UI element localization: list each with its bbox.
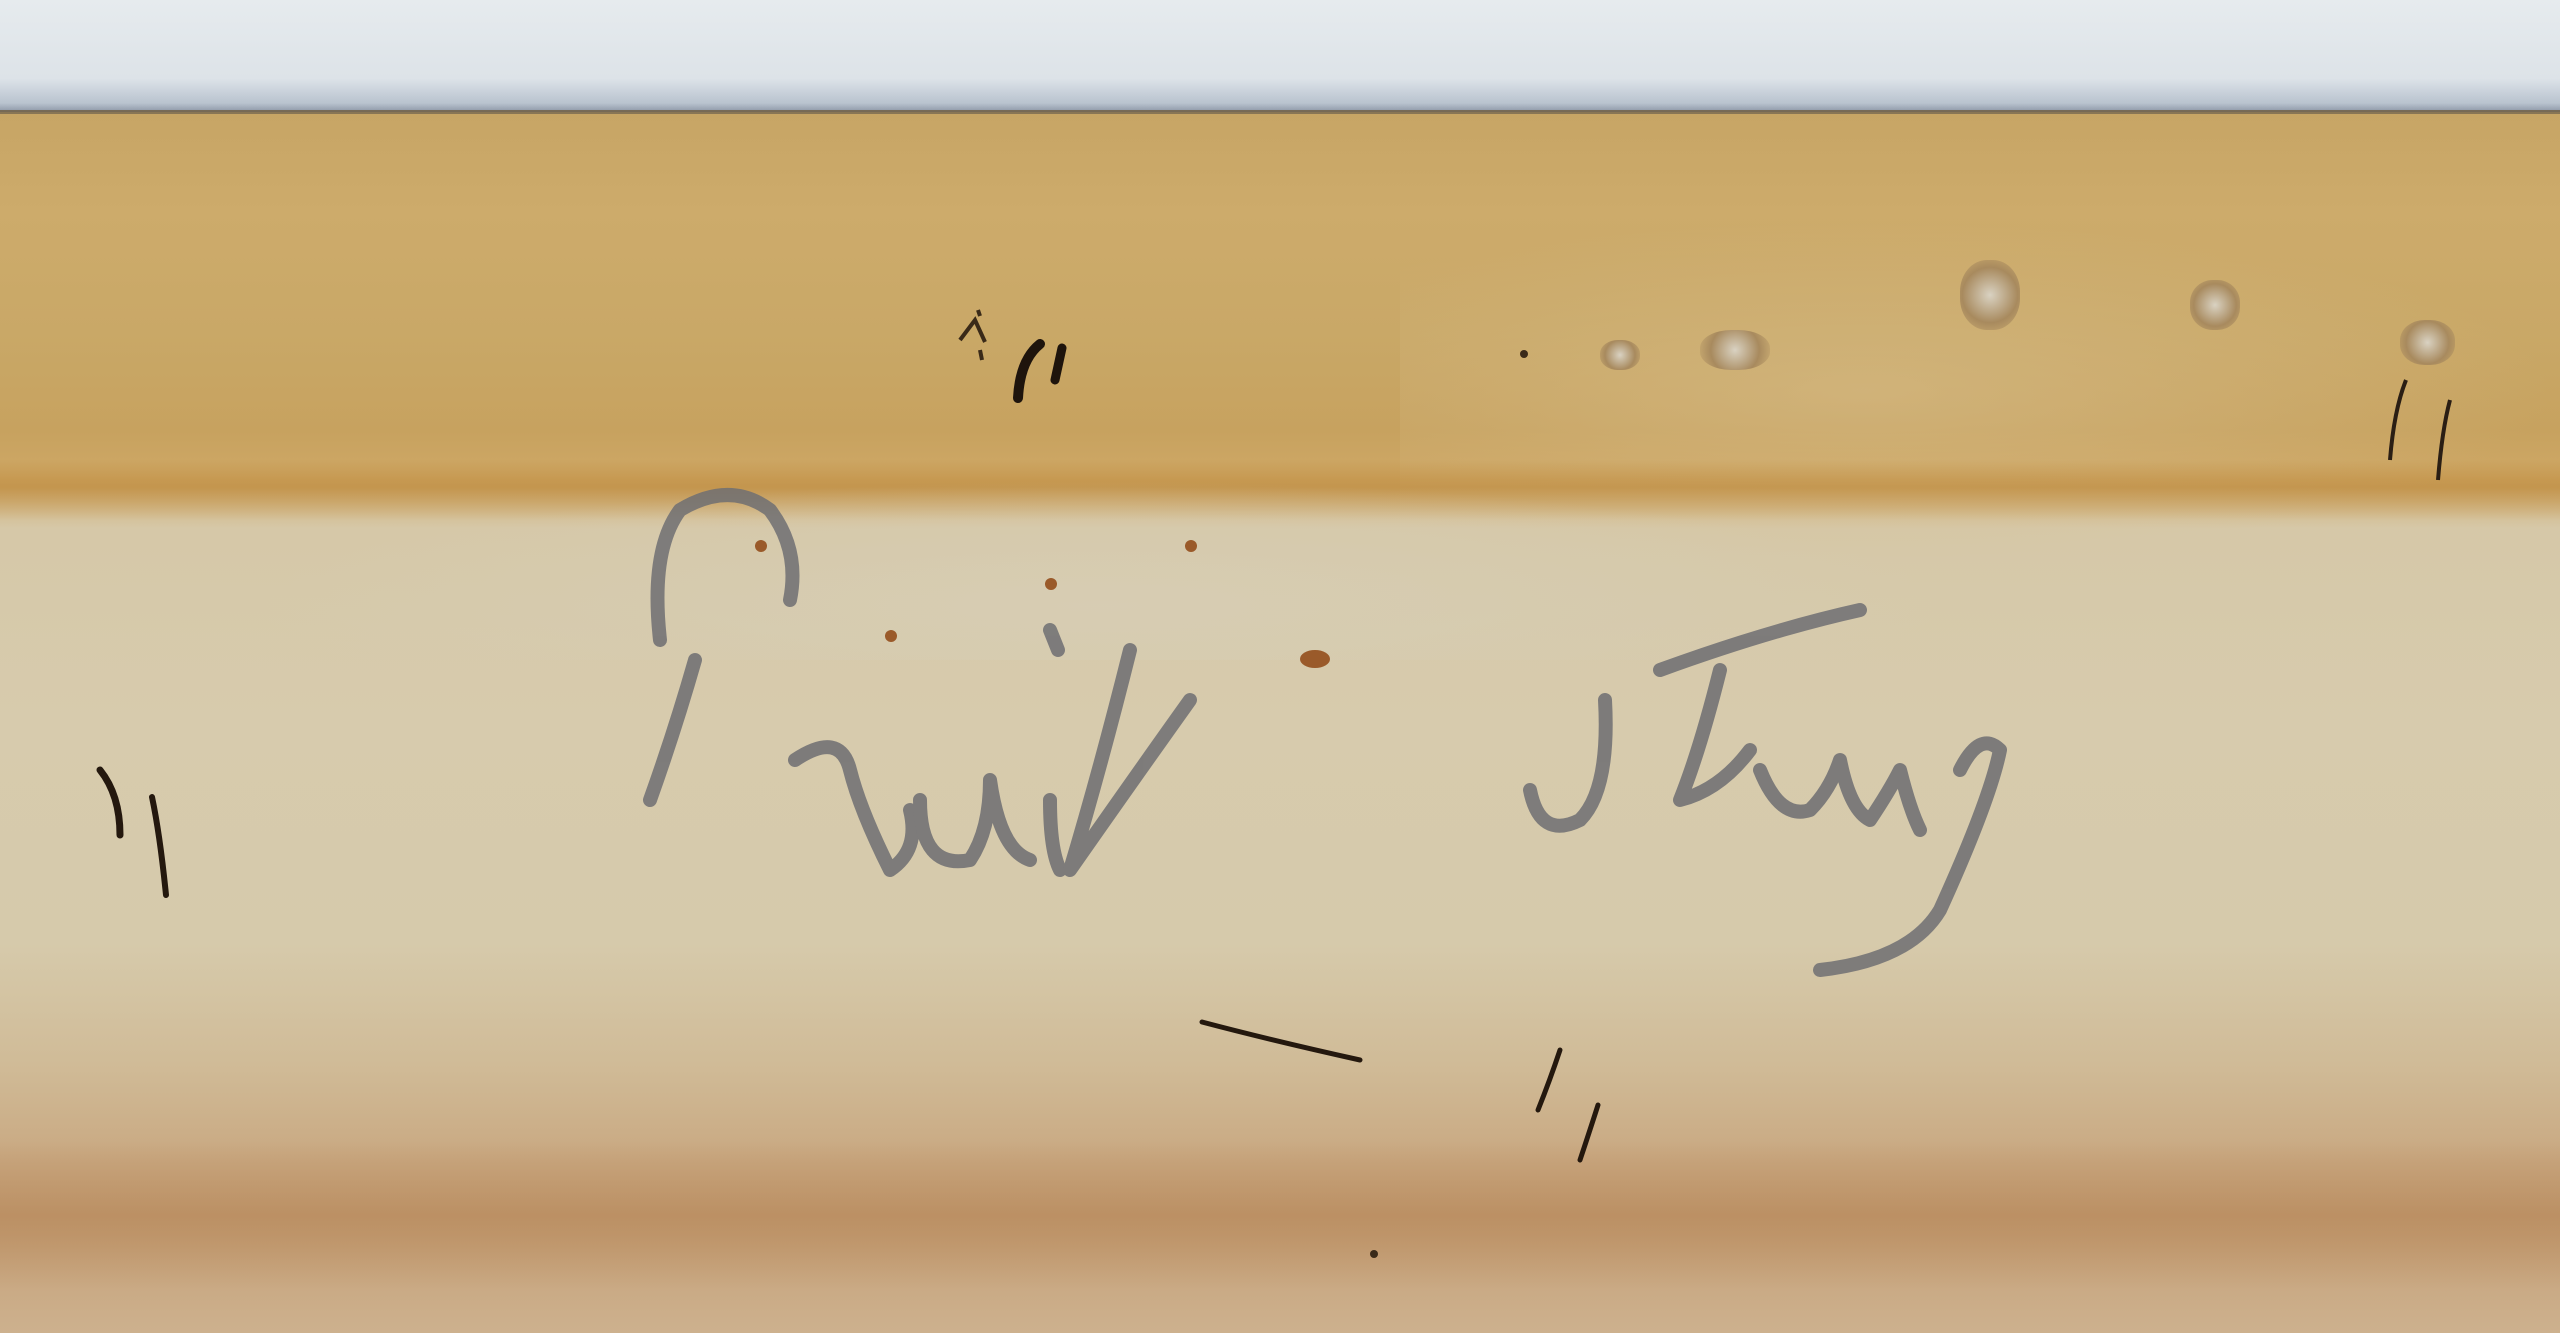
ink-speck xyxy=(1370,1250,1378,1258)
ink-mark-left xyxy=(80,755,200,925)
paper-flake xyxy=(1700,330,1770,370)
paper-flake xyxy=(1960,260,2020,330)
paper-flake xyxy=(1600,340,1640,370)
paper-flake xyxy=(2190,280,2240,330)
ink-mark-top-center xyxy=(940,280,1080,410)
ink-mark-bottom xyxy=(1190,1010,1630,1180)
ink-mark-top-right xyxy=(2370,340,2480,500)
handwriting-strokes xyxy=(620,470,2320,1030)
pencil-inscription: Print J Trump xyxy=(620,470,2320,1030)
white-mat-border xyxy=(0,0,2560,112)
ink-speck xyxy=(1520,350,1528,358)
